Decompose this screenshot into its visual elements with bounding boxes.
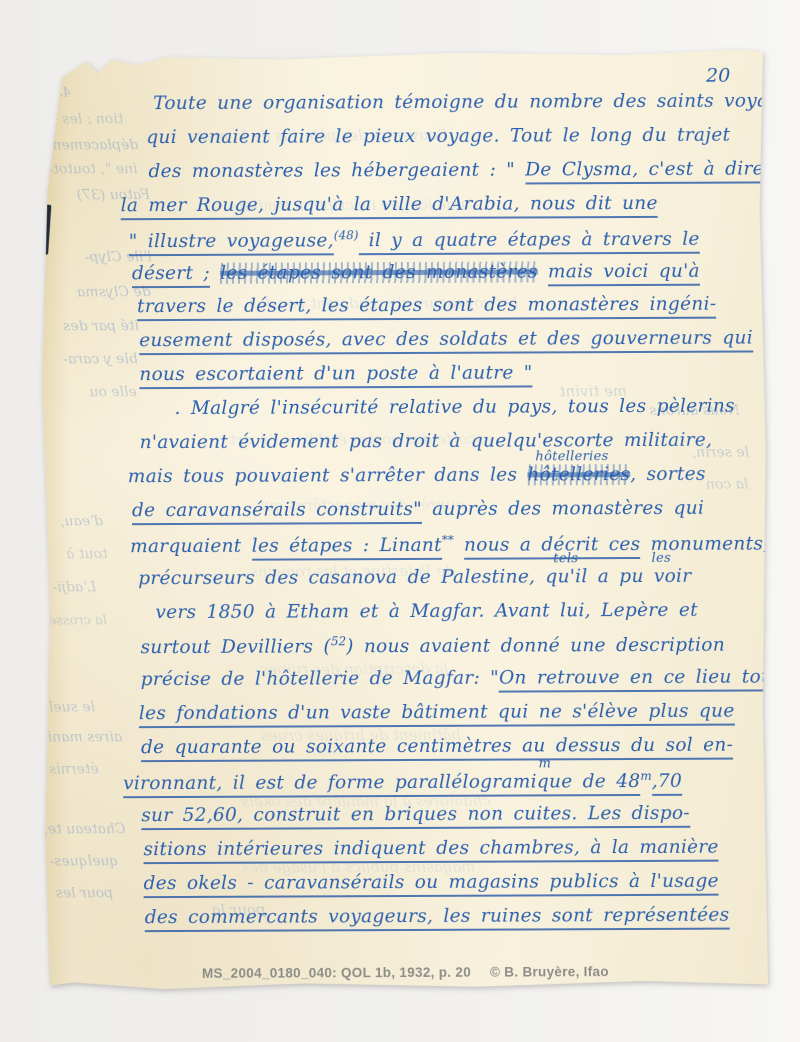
interlinear-insertion: tels xyxy=(553,551,578,566)
struck-text: les étapes sont des monastères xyxy=(220,261,538,283)
manuscript-line: précise de l'hôtellerie de Magfar: "On r… xyxy=(141,667,800,691)
manuscript-line: vers 1850 à Etham et à Magfar. Avant lui… xyxy=(155,599,698,622)
text-segment: les fondations d'un vaste bâtiment qui n… xyxy=(139,701,735,729)
bleedthrough-fragment: ble y cara- xyxy=(63,351,138,367)
superscript-note: m xyxy=(640,769,651,783)
text-segment: auprès des monastères qui xyxy=(422,497,704,519)
manuscript-line: les fondations d'un vaste bâtiment qui n… xyxy=(139,701,735,725)
bleedthrough-fragment: la crosse xyxy=(48,613,106,628)
interlinear-insertion: les xyxy=(652,550,672,565)
manuscript-line: mais tous pouvaient s'arrêter dans les h… xyxy=(128,464,706,488)
manuscript-line: Toute une organisation témoigne du nombr… xyxy=(153,90,800,114)
text-segment: désert ; xyxy=(132,262,210,287)
superscript-note: 52 xyxy=(331,635,346,649)
bleedthrough-fragment: aires mani- xyxy=(43,729,122,745)
bleedthrough-fragment: 43 xyxy=(54,85,71,100)
manuscript-line: surtout Devilliers (52) nous avaient don… xyxy=(141,633,726,659)
text-segment: qu'il a putels xyxy=(545,566,643,587)
bleedthrough-fragment: éternis xyxy=(49,761,99,777)
text-segment xyxy=(210,262,220,283)
bleedthrough-fragment: ine ", toutot- xyxy=(48,161,137,177)
manuscript-line: des monastères les hébergeaient : " De C… xyxy=(148,158,797,182)
bleedthrough-fragment: elle ou xyxy=(89,384,136,400)
text-segment: des monastères les hébergeaient : " xyxy=(148,159,525,182)
superscript-note: ** xyxy=(442,532,454,546)
text-segment: de caravansérails construits" xyxy=(132,499,422,525)
text-segment: sitions intérieures indiquent des chambr… xyxy=(143,836,718,864)
manuscript-page: 43tion ; lesdéplacement,ine ", toutot-Fa… xyxy=(40,48,770,991)
text-segment: mais voici qu'à xyxy=(548,260,700,286)
text-segment: " illustre voyageuse, xyxy=(129,230,334,256)
bleedthrough-fragment: L'adji- xyxy=(52,579,96,595)
text-segment: ) nous avaient donné une description xyxy=(346,635,725,658)
manuscript-line: . Malgré l'insécurité relative du pays, … xyxy=(174,396,734,419)
manuscript-line: eusement disposés, avec des soldats et d… xyxy=(139,328,753,352)
caption-reference: MS_2004_0180_040: QOL 1b, 1932, p. 20 xyxy=(202,965,471,981)
manuscript-line: n'avaient évidement pas droit à quelqu'e… xyxy=(140,430,713,453)
manuscript-line: marquaient les étapes : Linant** nous a … xyxy=(130,531,769,557)
text-segment: nous escortaient d'un poste à l'autre " xyxy=(139,363,532,390)
handwritten-text-block: Toute une organisation témoigne du nombr… xyxy=(40,48,766,51)
text-segment: surtout Devilliers ( xyxy=(141,637,331,659)
text-segment: n'avaient évidement pas droit à quelqu'e… xyxy=(140,430,713,453)
text-segment xyxy=(538,261,548,282)
page-number: 20 xyxy=(706,65,730,87)
manuscript-line: travers le désert, les étapes sont des m… xyxy=(137,294,716,318)
bleedthrough-fragment: le suel xyxy=(49,699,95,715)
bleedthrough-fragment: déplacement, xyxy=(42,137,138,153)
bleedthrough-fragment: ité par des xyxy=(63,318,139,334)
manuscript-line: des commercants voyageurs, les ruines so… xyxy=(145,904,730,928)
text-segment: précurseurs des casanova de Palestine, xyxy=(138,566,545,589)
bleedthrough-fragment: la con xyxy=(706,477,749,493)
manuscript-line: de quarante ou soixante centimètres au d… xyxy=(141,735,733,759)
text-segment: vers 1850 à Etham et à Magfar. Avant lui… xyxy=(155,599,698,622)
text-segment: , sortes xyxy=(630,464,706,485)
interlinear-insertion: hôtelleries xyxy=(535,449,608,464)
paper-sheet: 43tion ; lesdéplacement,ine ", toutot-Fa… xyxy=(40,48,770,991)
manuscript-line: sitions intérieures indiquent des chambr… xyxy=(143,836,718,860)
manuscript-line: nous escortaient d'un poste à l'autre " xyxy=(139,363,532,386)
bleedthrough-fragment: d'eau, xyxy=(60,513,103,529)
scanned-manuscript: 43tion ; lesdéplacement,ine ", toutot-Fa… xyxy=(0,0,800,1042)
text-segment: voirles xyxy=(644,565,692,586)
text-segment: nous a décrit ces xyxy=(464,534,640,560)
manuscript-line: " illustre voyageuse,(48) il y a quatre … xyxy=(129,226,700,251)
text-segment: marquaient xyxy=(130,535,252,557)
text-segment: qui venaient faire le pieux voyage. Tout… xyxy=(146,124,730,148)
text-segment: la mer Rouge, jusqu'à la ville d'Arabia,… xyxy=(121,193,658,220)
manuscript-line: sur 52,60, construit en briques non cuit… xyxy=(141,803,690,826)
manuscript-line: vironnant, il est de forme parallélogram… xyxy=(123,769,682,794)
text-segment: mais tous pouvaient s'arrêter dans les xyxy=(128,464,528,487)
text-segment: De Clysma, c'est à dire de xyxy=(525,158,797,184)
text-segment: les étapes : Linant xyxy=(252,535,442,561)
struck-text: hôtellerieshôtelleries xyxy=(527,464,630,485)
text-segment: précise de l'hôtellerie de Magfar: " xyxy=(141,668,499,691)
superscript-note: (48) xyxy=(334,228,359,242)
text-segment: vironnant, il est de forme parallélogram xyxy=(123,771,531,798)
text-segment: il y a quatre étapes à travers le xyxy=(358,228,699,254)
ink-bleedthrough-layer: 43tion ; lesdéplacement,ine ", toutot-Fa… xyxy=(40,48,766,51)
text-segment: de quarante ou soixante centimètres au d… xyxy=(141,735,733,763)
bleedthrough-fragment: pour les xyxy=(56,885,114,901)
archive-caption: MS_2004_0180_040: QOL 1b, 1932, p. 20 © … xyxy=(44,963,770,966)
text-segment: travers le désert, les étapes sont des m… xyxy=(137,294,716,322)
binding-ink-mark xyxy=(39,204,51,254)
text-segment: des okels - caravansérails ou magasins p… xyxy=(144,870,719,898)
manuscript-line: des okels - caravansérails ou magasins p… xyxy=(144,870,719,894)
manuscript-line: désert ; les étapes sont des monastères … xyxy=(132,260,700,283)
text-segment: eusement disposés, avec des soldats et d… xyxy=(139,328,753,356)
text-segment: ique de 48m xyxy=(531,771,641,796)
text-segment: des commercants voyageurs, les ruines so… xyxy=(145,904,730,932)
caption-copyright: © B. Bruyère, Ifao xyxy=(490,964,609,980)
bleedthrough-fragment: quelques- xyxy=(49,853,118,869)
bleedthrough-fragment: tout à xyxy=(66,546,108,562)
text-segment xyxy=(454,534,464,555)
manuscript-line: précurseurs des casanova de Palestine, q… xyxy=(138,565,691,588)
manuscript-line: de caravansérails construits" auprès des… xyxy=(132,497,704,520)
manuscript-line: qui venaient faire le pieux voyage. Tout… xyxy=(146,124,730,148)
text-segment: sur 52,60, construit en briques non cuit… xyxy=(141,803,690,830)
bleedthrough-fragment: tion ; les xyxy=(62,111,123,127)
manuscript-line: la mer Rouge, jusqu'à la ville d'Arabia,… xyxy=(121,193,658,216)
text-segment: ,70 xyxy=(652,771,682,796)
interlinear-insertion: m xyxy=(539,756,552,771)
text-segment: Toute une organisation témoigne du nombr… xyxy=(153,90,800,114)
bleedthrough-fragment: Chateau te, xyxy=(43,821,125,837)
text-segment: On retrouve en ce lieu toutes xyxy=(499,667,800,693)
text-segment: . Malgré l'insécurité relative du pays, … xyxy=(174,396,734,419)
